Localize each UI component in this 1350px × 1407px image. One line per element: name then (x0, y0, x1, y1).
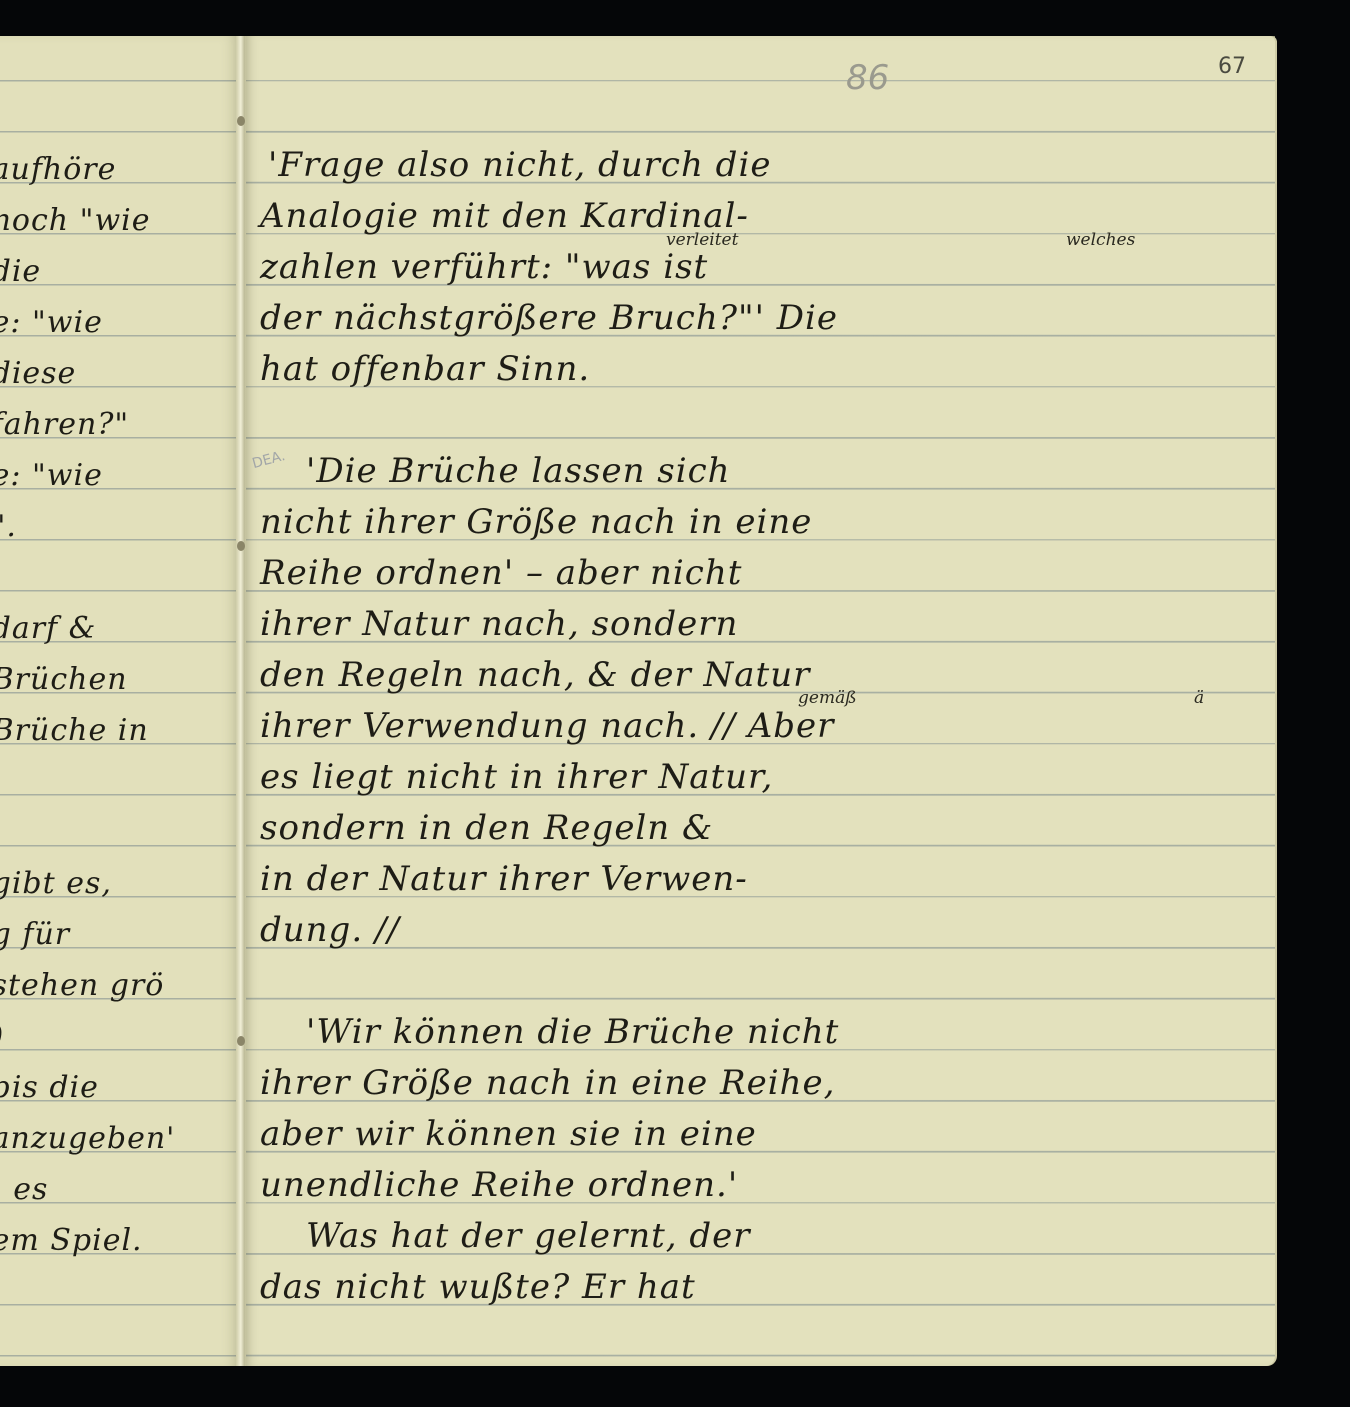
left-line-9: ...darf & (0, 603, 96, 654)
right-line-6: 'Die Brüche lassen sich (306, 446, 731, 497)
page-number: 67 (1218, 54, 1246, 79)
insertion-welches: welches (1066, 230, 1135, 250)
left-line-20: ...: es (0, 1164, 48, 1215)
right-line-8: Reihe ordnen' – aber nicht (260, 548, 742, 599)
right-line-3: der nächstgrößere Bruch?"' Die (260, 293, 838, 344)
right-page: 86 67 DEA. 'Frage also nicht, durch die … (246, 36, 1275, 1366)
notebook-spread: ...aufhöre ...noch "wie ...die ...e: "wi… (0, 36, 1275, 1366)
left-line-2: ...die (0, 246, 41, 297)
right-line-10: den Regeln nach, & der Natur (260, 650, 810, 701)
left-line-21: ...em Spiel. (0, 1215, 143, 1266)
staple-middle (237, 541, 245, 551)
right-line-7: nicht ihrer Größe nach in eine (260, 497, 812, 548)
right-line-2: zahlen verführt: "was ist (260, 242, 708, 293)
right-line-0: 'Frage also nicht, durch die (268, 140, 771, 191)
right-line-13: sondern in den Regeln & (260, 803, 713, 854)
left-line-3: ...e: "wie (0, 297, 103, 348)
right-line-20: unendliche Reihe ordnen.' (260, 1160, 738, 1211)
staple-top (237, 116, 245, 126)
right-line-4: hat offenbar Sinn. (260, 344, 590, 395)
left-line-18: ...bis die (0, 1062, 99, 1113)
staple-bottom (237, 1036, 245, 1046)
left-line-6: ...e: "wie (0, 450, 103, 501)
right-line-9: ihrer Natur nach, sondern (260, 599, 738, 650)
margin-note: DEA. (250, 448, 286, 472)
right-line-17: 'Wir können die Brüche nicht (306, 1007, 839, 1058)
right-line-21: Was hat der gelernt, der (306, 1211, 751, 1262)
left-line-19: ...anzugeben' (0, 1113, 175, 1164)
right-line-15: dung. // (260, 905, 400, 956)
left-line-11: ...Brüche in (0, 705, 149, 756)
insertion-umlaut: ä (1194, 688, 1204, 708)
left-line-7: ...". (0, 501, 17, 552)
right-line-14: in der Natur ihrer Verwen- (260, 854, 748, 905)
right-line-12: es liegt nicht in ihrer Natur, (260, 752, 773, 803)
left-line-17: ...) (0, 1011, 4, 1062)
left-page: ...aufhöre ...noch "wie ...die ...e: "wi… (0, 36, 238, 1366)
right-line-18: ihrer Größe nach in eine Reihe, (260, 1058, 835, 1109)
right-line-19: aber wir können sie in eine (260, 1109, 757, 1160)
right-line-11: ihrer Verwendung nach. // Aber (260, 701, 834, 752)
pencil-page-number: 86 (846, 58, 889, 98)
left-line-1: ...noch "wie (0, 195, 150, 246)
left-line-0: ...aufhöre (0, 144, 116, 195)
left-line-16: ...stehen grö (0, 960, 164, 1011)
left-line-5: ...fahren?" (0, 399, 129, 450)
left-line-10: ...Brüchen (0, 654, 128, 705)
left-line-15: ...g für (0, 909, 70, 960)
right-line-22: das nicht wußte? Er hat (260, 1262, 696, 1313)
left-line-14: ...gibt es, (0, 858, 112, 909)
left-line-4: ...diese (0, 348, 76, 399)
